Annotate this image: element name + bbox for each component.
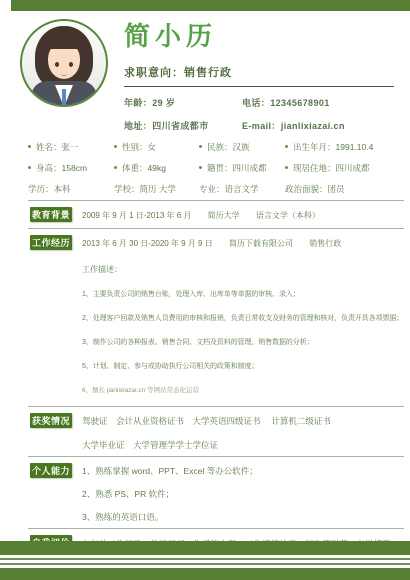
profile-cell-gender: 性别：女	[114, 141, 199, 153]
skill-item: 2、熟悉 PS、PR 软件；	[82, 488, 402, 500]
profile-cell-weight: 体重：49kg	[114, 162, 199, 174]
bottom-decor-bars	[0, 541, 410, 580]
avatar-bangs	[44, 29, 84, 49]
job-objective-label: 求职意向：	[124, 67, 184, 79]
bullet-dot-icon	[114, 145, 117, 148]
work-note: 6、擅长 jianlixiazai.cn 等网站常态化运营	[82, 385, 402, 394]
bullet-dot-icon	[285, 166, 288, 169]
work-period: 2013 年 6 月 30 日-2020 年 9 月 9 日	[82, 239, 213, 248]
education-badge: 教育背景	[30, 207, 72, 222]
divider	[28, 456, 404, 457]
skill-item: 1、熟练掌握 word、PPT、Excel 等办公软件；	[82, 465, 402, 477]
job-objective: 求职意向：销售行政	[124, 64, 394, 87]
skills-badge: 个人能力	[30, 463, 72, 478]
bullet-dot-icon	[28, 145, 31, 148]
education-period: 2009 年 9 月 1 日-2013 年 6 月	[82, 211, 191, 220]
header-right: 简小历 求职意向：销售行政 年龄：29 岁 电话：12345678901 地址：…	[124, 19, 394, 132]
contact-email: E-mail：jianlixiazai.cn	[242, 119, 394, 132]
divider	[28, 406, 404, 407]
avatar-eye	[69, 62, 73, 67]
profile-cell-birth: 出生年月：1991.10.4	[285, 141, 386, 153]
resume-header: 简小历 求职意向：销售行政 年龄：29 岁 电话：12345678901 地址：…	[20, 19, 394, 132]
education-major: 语言文学（本科）	[256, 211, 320, 220]
work-title: 销售行政	[309, 239, 341, 248]
section-education: 教育背景 2009 年 9 月 1 日-2013 年 6 月 简历大学 语言文学…	[30, 207, 402, 223]
top-decor-bar	[11, 0, 410, 11]
profile-cell-hometown: 籍贯：四川成都	[199, 162, 285, 174]
work-item: 2、处理客户回款及销售人员费用的审核和报销，负责日常收支及财务的管理和核对，负责…	[82, 313, 402, 323]
page-title: 简小历	[124, 21, 394, 51]
education-school: 简历大学	[208, 211, 240, 220]
bottom-bar-stripe	[0, 541, 410, 555]
divider	[28, 200, 404, 201]
section-skills: 个人能力 1、熟练掌握 word、PPT、Excel 等办公软件； 2、熟悉 P…	[30, 463, 402, 523]
bullet-dot-icon	[285, 145, 288, 148]
profile-cell-name: 姓名：张一	[28, 141, 114, 153]
profile-cell-height: 身高：158cm	[28, 162, 114, 174]
bottom-bar-stripe	[0, 568, 410, 580]
avatar-tie	[62, 89, 66, 105]
contact-age: 年龄：29 岁	[124, 96, 242, 109]
contact-address: 地址：四川省成都市	[124, 119, 242, 132]
work-item: 1、主要负责公司的销售台账，处理入库、出库单等单据的审核、录入；	[82, 289, 402, 299]
work-company: 简历下载有限公司	[229, 239, 293, 248]
profile-cell-residence: 现居住地：四川成都	[285, 162, 386, 174]
awards-line: 驾驶证 会计从业资格证书 大学英语四级证书 计算机二级证书	[82, 415, 402, 427]
awards-line: 大学毕业证 大学管理学学士学位证	[82, 439, 402, 451]
work-item: 3、制作公司的各种报表、销售合同、文档及资料的管理，销售数据的分析；	[82, 337, 402, 347]
divider	[28, 228, 404, 229]
section-work: 工作经历 2013 年 6 月 30 日-2020 年 9 月 9 日 简历下载…	[30, 235, 402, 394]
work-content: 2013 年 6 月 30 日-2020 年 9 月 9 日 简历下载有限公司 …	[82, 235, 402, 394]
avatar	[20, 19, 108, 107]
contact-grid: 年龄：29 岁 电话：12345678901 地址：四川省成都市 E-mail：…	[124, 96, 394, 132]
profile-cell-politics: 政治面貌：团员	[285, 183, 386, 195]
resume-page: 简小历 求职意向：销售行政 年龄：29 岁 电话：12345678901 地址：…	[0, 0, 410, 580]
work-badge: 工作经历	[30, 235, 72, 250]
work-desc-label: 工作描述：	[82, 264, 402, 275]
bullet-dot-icon	[28, 166, 31, 169]
job-objective-value: 销售行政	[184, 67, 232, 79]
profile-cell-major: 专业：语言文学	[199, 183, 285, 195]
profile-cell-ethnicity: 民族：汉族	[199, 141, 285, 153]
bullet-dot-icon	[199, 145, 202, 148]
profile-cell-degree: 学历：本科	[28, 183, 114, 195]
bullet-dot-icon	[114, 166, 117, 169]
avatar-eye	[55, 62, 59, 67]
profile-cell-school: 学校：简历 大学	[114, 183, 199, 195]
education-content: 2009 年 9 月 1 日-2013 年 6 月 简历大学 语言文学（本科）	[82, 207, 402, 223]
divider	[28, 528, 404, 529]
section-awards: 获奖情况 驾驶证 会计从业资格证书 大学英语四级证书 计算机二级证书 大学毕业证…	[30, 413, 402, 451]
skill-item: 3、熟练的英语口语。	[82, 511, 402, 523]
awards-badge: 获奖情况	[30, 413, 72, 428]
profile-table: 姓名：张一 性别：女 民族：汉族 出生年月：1991.10.4 身高：158cm…	[28, 141, 386, 195]
bullet-dot-icon	[199, 166, 202, 169]
avatar-mouth	[61, 72, 67, 76]
skills-content: 1、熟练掌握 word、PPT、Excel 等办公软件； 2、熟悉 PS、PR …	[82, 463, 402, 523]
awards-content: 驾驶证 会计从业资格证书 大学英语四级证书 计算机二级证书 大学毕业证 大学管理…	[82, 413, 402, 451]
contact-phone: 电话：12345678901	[242, 96, 394, 109]
work-item: 5、计划、制定、参与或协助执行公司相关的政策和制度；	[82, 361, 402, 371]
